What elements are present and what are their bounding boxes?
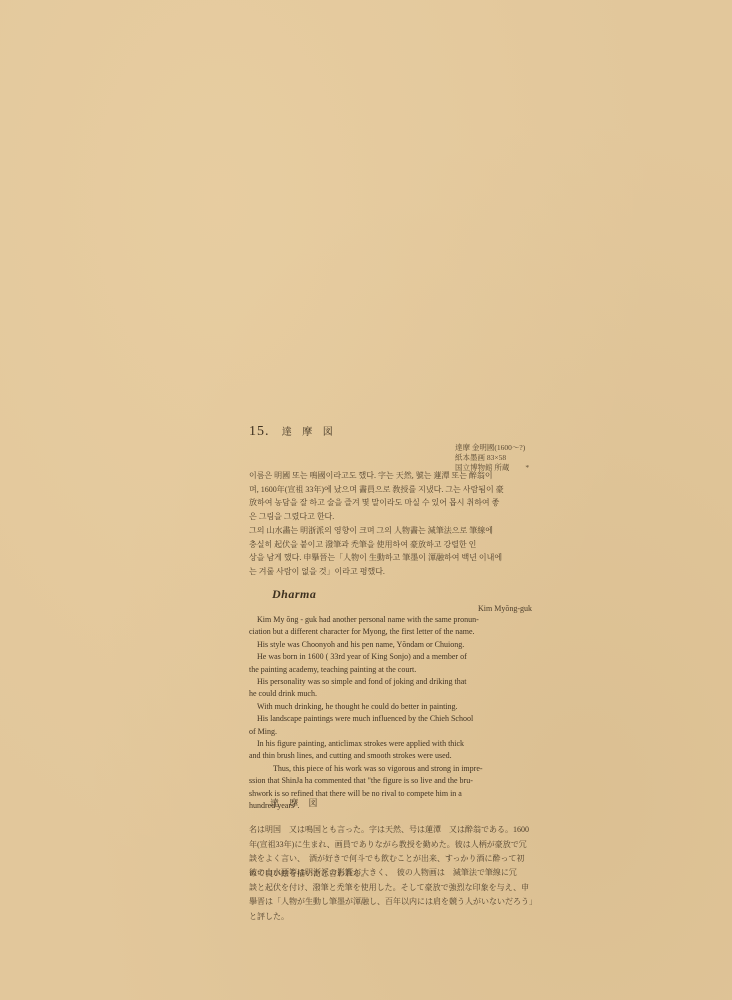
english-line: ciation but a different character for My… xyxy=(249,626,539,638)
japanese-paragraph-2: 彼の山水画等は明浙派の影響が大きく、 彼の人物画は 減筆法で筆線に冗 談と起伏を… xyxy=(249,866,537,924)
japanese-heading: 達 摩 図 xyxy=(270,796,322,809)
english-heading: Dharma xyxy=(272,587,316,602)
english-line: of Ming. xyxy=(249,726,539,738)
english-line: In his figure painting, anticlimax strok… xyxy=(249,738,539,750)
english-line: With much drinking, he thought he could … xyxy=(249,701,539,713)
english-body: Kim My ŏng - guk had another personal na… xyxy=(249,614,539,813)
plate-name: 達 摩 図 xyxy=(282,427,337,438)
caption-artist: 達摩 金明國(1600～?) xyxy=(455,443,529,453)
english-line: His personality was so simple and fond o… xyxy=(249,676,539,688)
english-line: His landscape paintings were much influe… xyxy=(249,713,539,725)
english-author: Kim Myŏng-guk xyxy=(478,604,532,613)
english-line: and thin brush lines, and cutting and sm… xyxy=(249,750,539,762)
english-line: His style was Choonyoh and his pen name,… xyxy=(249,639,539,651)
english-line: he could drink much. xyxy=(249,688,539,700)
english-line: ssion that ShinJa ha commented that "the… xyxy=(249,775,539,787)
english-line: He was born in 1600 ( 33rd year of King … xyxy=(249,651,539,663)
caption-medium: 紙本墨画 83×58 xyxy=(455,453,529,463)
korean-paragraph-2: 그의 山水畵는 明浙派의 영향이 크며 그의 人物畵는 減筆法으로 筆線에 충실… xyxy=(249,524,533,578)
plate-number: 15. xyxy=(249,424,270,439)
english-line: Thus, this piece of his work was so vigo… xyxy=(249,763,539,775)
english-line: the painting academy, teaching painting … xyxy=(249,664,539,676)
korean-paragraph-1: 이름은 明國 또는 鳴國이라고도 했다. 字는 天然, 號는 蓮潭 또는 醉翁이… xyxy=(249,469,533,523)
scanned-page: 15. 達 摩 図 達摩 金明國(1600～?) 紙本墨画 83×58 国立博物… xyxy=(0,0,732,1000)
plate-title: 15. 達 摩 図 xyxy=(249,423,337,440)
english-line: Kim My ŏng - guk had another personal na… xyxy=(249,614,539,626)
